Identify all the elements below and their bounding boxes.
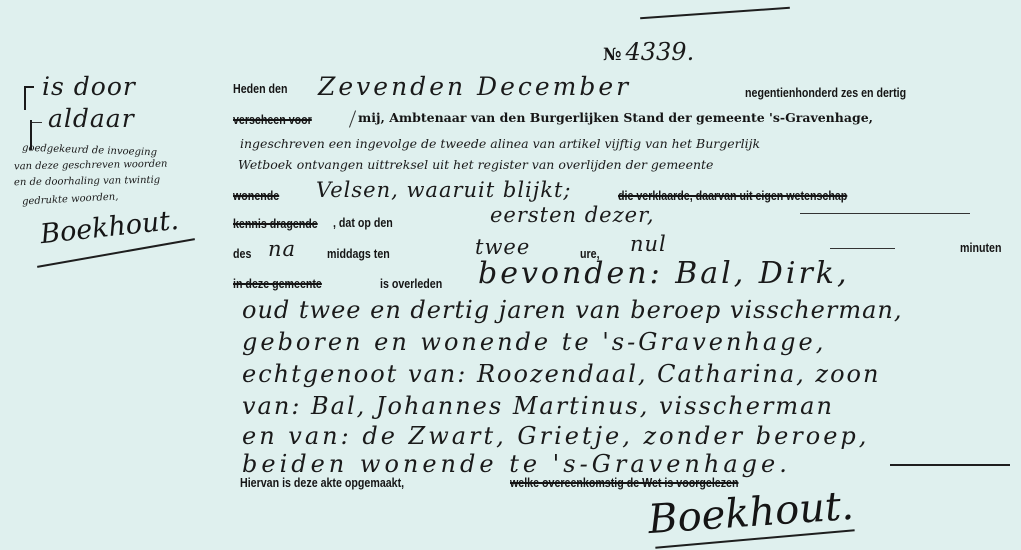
struck-in-deze-gemeente: in deze gemeente	[233, 276, 322, 291]
filler-line-6	[800, 213, 970, 214]
text-velsen: Velsen, waaruit blijkt;	[316, 178, 572, 202]
text-year: negentienhonderd zes en dertig	[745, 85, 906, 100]
margin-small-4: gedrukte woorden,	[22, 191, 119, 207]
text-spouse: echtgenoot van: Roozendaal, Catharina, z…	[242, 360, 880, 388]
text-father: van: Bal, Johannes Martinus, visscherman	[242, 392, 834, 420]
filler-line-7	[830, 248, 895, 249]
line-6: kennis dragende	[233, 215, 336, 233]
struck-wonende: wonende	[233, 188, 279, 203]
text-dat-op-den: , dat op den	[333, 215, 393, 230]
registrar-signature: Boekhout.	[647, 483, 855, 543]
text-born-living: geboren en wonende te 's-Gravenhage,	[242, 328, 826, 356]
text-minuten: minuten	[960, 240, 1001, 255]
text-na: na	[268, 237, 296, 261]
margin-small-2: van deze geschreven woorden	[14, 159, 168, 173]
text-hiervan: Hiervan is deze akte opgemaakt,	[240, 475, 404, 490]
text-middags-ten: middags ten	[327, 246, 390, 261]
text-eersten-dezer: eersten dezer,	[490, 203, 655, 227]
top-rule	[640, 7, 790, 19]
text-heden-den: Heden den	[233, 81, 288, 96]
number-label: №	[603, 45, 621, 65]
text-deceased-name: bevonden: Bal, Dirk,	[478, 256, 850, 291]
date-day-month: Zevenden December	[318, 72, 631, 101]
text-des: des	[233, 246, 251, 261]
margin-small-3: en de doorhaling van twintig	[14, 175, 160, 189]
margin-small-1: goedgekeurd de invoeging	[22, 143, 157, 159]
text-both-living: beiden wonende te 's-Gravenhage.	[242, 450, 791, 478]
text-age-occupation: oud twee en dertig jaren van beroep viss…	[242, 296, 903, 324]
struck-kennis-dragende: kennis dragende	[233, 216, 318, 231]
text-is-overleden: is overleden	[380, 276, 442, 291]
text-mother: en van: de Zwart, Grietje, zonder beroep…	[242, 422, 869, 450]
text-nul: nul	[630, 232, 667, 256]
margin-bracket-1	[24, 86, 34, 110]
margin-line-1: is door	[42, 72, 136, 101]
insert-line-2: Wetboek ontvangen uittreksel uit het reg…	[238, 157, 713, 172]
insert-line-1: ingeschreven een ingevolge de tweede ali…	[240, 136, 760, 151]
struck-voorgelezen: welke overeenkomstig de Wet is voorgelez…	[510, 475, 738, 490]
struck-die-verklaarde: die verklaarde, daarvan uit eigen wetens…	[618, 188, 847, 203]
struck-verscheen-voor: verscheen voor	[233, 112, 312, 127]
line-1: Heden den	[233, 80, 299, 98]
number-value: 4339.	[625, 38, 694, 66]
act-number: № 4339.	[603, 38, 694, 66]
text-ambtenaar: mij, Ambtenaar van den Burgerlijken Stan…	[358, 110, 873, 125]
margin-line-2: aldaar	[48, 104, 135, 133]
filler-line-14	[890, 464, 1010, 466]
